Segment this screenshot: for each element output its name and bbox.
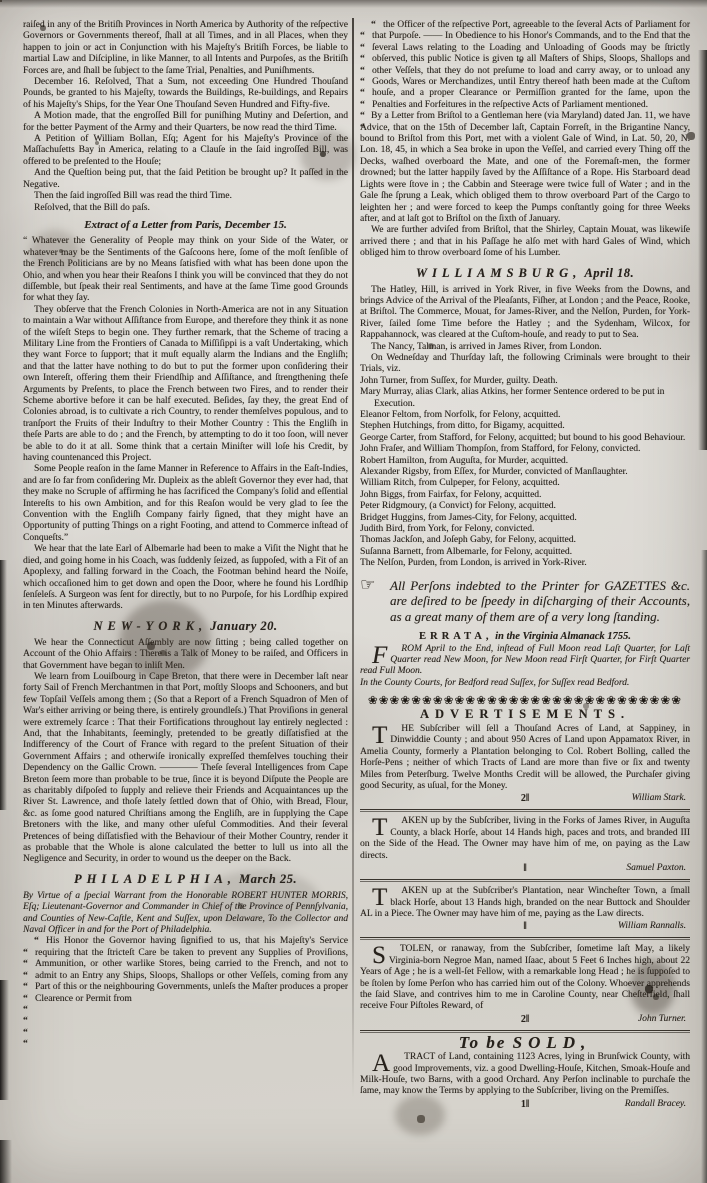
ad-text: HE Subſcriber will ſell a Thouſand Acres… <box>360 724 690 791</box>
errata-body: FROM April to the End, inſtead of Full M… <box>360 644 690 678</box>
errata-body-text: ROM April to the End, inſtead of Full Mo… <box>360 644 690 677</box>
trial-record: Thomas Jackſon, and Joſeph Gaby, for Fel… <box>360 535 690 546</box>
louisbourg-cape-breton-news: We learn from Louiſbourg in Cape Breton,… <box>23 672 348 866</box>
ad-text: TOLEN, or ranaway, from the Subſcriber, … <box>360 944 690 1011</box>
ad-taken-up-horse-paxton: TAKEN up by the Subſcriber, living in th… <box>360 816 690 876</box>
ad-text: AKEN up at the Subſcriber's Plantation, … <box>360 886 690 919</box>
ad-signature: Randall Bracey. <box>625 1099 686 1110</box>
paris-letter-paragraph-3: Some People reaſon in the ſame Manner in… <box>23 464 348 544</box>
trial-record: Judith Bird, from York, for Felony, conv… <box>360 524 690 535</box>
trial-record: Mary Murray, alias Clark, alias Atkins, … <box>360 387 690 410</box>
dateline-new-york: NEW-YORK, January 20. <box>23 619 348 634</box>
scan-edge-left <box>0 1140 12 1183</box>
paris-letter-heading: Extract of a Letter from Paris, December… <box>23 220 348 231</box>
newspaper-page: raiſed in any of the Britiſh Provinces i… <box>0 0 707 1183</box>
trial-record: Robert Hamilton, from Auguſta, for Murde… <box>360 456 690 467</box>
ad-text: AKEN up by the Subſcriber, living in the… <box>360 816 690 860</box>
scan-edge-right <box>701 550 707 1183</box>
ad-divider-rule <box>360 937 690 940</box>
florette-ornament-row: ❀❀❀❀❀❀❀❀❀❀❀❀❀❀❀❀❀❀❀❀❀❀❀❀❀❀❀❀❀ <box>360 695 690 706</box>
to-be-sold-prefix: To be <box>459 1033 513 1052</box>
ad-body: TAKEN up at the Subſcriber's Plantation,… <box>360 886 690 920</box>
printer-debts-notice: ☞All Perſons indebted to the Printer for… <box>360 578 690 625</box>
trial-record: Peter Ridgmoury, (a Convict) for Felony,… <box>360 501 690 512</box>
ad-divider-rule <box>360 809 690 812</box>
governor-warrant-preamble: By Virtue of a ſpecial Warrant from the … <box>23 891 348 937</box>
paris-letter-paragraph-1: “ Whatever the Generality of People may … <box>23 236 348 304</box>
errata-word: ERRATA, <box>419 631 492 642</box>
right-column: the Officer of the reſpective Port, agre… <box>360 20 690 1114</box>
ad-tract-of-land-bracey: ATRACT of Land, containing 1123 Acres, l… <box>360 1052 690 1112</box>
ad-footer: 2‖John Turner. <box>360 1014 690 1027</box>
ad-body: ATRACT of Land, containing 1123 Acres, l… <box>360 1052 690 1098</box>
dateline-date: March 25. <box>239 872 297 886</box>
dateline-williamsburg: WILLIAMSBURG, April 18. <box>360 266 690 281</box>
ad-footer: 1‖Randall Bracey. <box>360 1099 690 1112</box>
ad-stolen-runaway-turner: STOLEN, or ranaway, from the Subſcriber,… <box>360 944 690 1026</box>
ad-body: THE Subſcriber will ſell a Thouſand Acre… <box>360 724 690 792</box>
ad-taken-up-horse-rannalls: TAKEN up at the Subſcriber's Plantation,… <box>360 886 690 934</box>
criminal-trials-intro: On Wedneſday and Thurſday laſt, the foll… <box>360 353 690 376</box>
ad-divider-rule <box>360 879 690 882</box>
ad-dropcap: T <box>360 886 390 908</box>
paris-letter-paragraph-2: They obſerve that the French Colonies in… <box>23 305 348 465</box>
trial-record: Alexander Rigsby, from Eſſex, for Murder… <box>360 467 690 478</box>
dateline-city: PHILADELPHIA, <box>74 872 236 886</box>
trial-record: William Ritch, from Culpeper, for Felony… <box>360 478 690 489</box>
trial-record: Suſanna Barnett, from Albemarle, for Fel… <box>360 547 690 558</box>
shirley-arrival-news: We are further adviſed from Briſtol, tha… <box>360 225 690 259</box>
dateline-city: WILLIAMSBURG, <box>416 266 581 280</box>
scan-edge-left <box>0 560 7 810</box>
parliament-news-continuation: raiſed in any of the Britiſh Provinces i… <box>23 20 348 77</box>
question-negative: And the Queſtion being put, that the ſai… <box>23 168 348 191</box>
ad-dropcap: T <box>360 816 390 838</box>
left-column: raiſed in any of the Britiſh Provinces i… <box>23 20 348 1005</box>
ad-footer: ‖Samuel Paxton. <box>360 863 690 876</box>
bill-passed: Reſolved, that the Bill do paſs. <box>23 203 348 214</box>
trial-record: John Fraſer, and William Thompſon, from … <box>360 444 690 455</box>
dateline-philadelphia: PHILADELPHIA, March 25. <box>23 872 348 887</box>
bristol-letter-news: By a Letter from Briſtol to a Gentleman … <box>360 111 690 225</box>
trial-record: Eleanor Feltom, from Norfolk, for Felony… <box>360 410 690 421</box>
ad-dropcap: S <box>360 944 389 966</box>
dateline-city: NEW-YORK, <box>93 619 207 633</box>
column-divider-rule <box>352 18 354 1098</box>
hatley-shipping-news: The Hatley, Hill, is arrived in York Riv… <box>360 285 690 342</box>
ad-body: TAKEN up by the Subſcriber, living in th… <box>360 816 690 862</box>
bill-third-reading: Then the ſaid ingroſſed Bill was read th… <box>23 191 348 202</box>
ink-specks <box>0 0 2 2</box>
trial-record: Bridget Huggins, from James-City, for Fe… <box>360 513 690 524</box>
scan-edge-right <box>698 50 707 450</box>
petition-william-bollan: A Petition of William Bollan, Eſq; Agent… <box>23 134 348 168</box>
printer-debts-notice-text: All Perſons indebted to the Printer for … <box>390 578 690 624</box>
governor-order-quotation: His Honor the Governor having ſignified … <box>23 936 348 1004</box>
ad-text: TRACT of Land, containing 1123 Acres, ly… <box>360 1052 690 1096</box>
errata-heading: ERRATA, in the Virginia Almanack 1755. <box>360 631 690 642</box>
scan-edge-left <box>0 980 9 1100</box>
nelson-arrival-news: The Nelſon, Purden, from London, is arri… <box>360 558 690 569</box>
ad-signature: John Turner. <box>638 1014 686 1025</box>
errata-dropcap: F <box>360 644 390 666</box>
trial-record: John Biggs, from Fairfax, for Felony, ac… <box>360 490 690 501</box>
ad-signature: William Rannalls. <box>618 921 686 932</box>
earl-of-albemarle-death: We hear that the late Earl of Albemarle … <box>23 544 348 612</box>
customs-notice-quotation: the Officer of the reſpective Port, agre… <box>360 20 690 111</box>
ad-signature: William Stark. <box>632 793 686 804</box>
to-be-sold-heading: To be SOLD, <box>360 1037 690 1048</box>
ad-footer: 2‖William Stark. <box>360 793 690 806</box>
ad-dropcap: T <box>360 724 390 746</box>
dateline-date: April 18. <box>584 266 634 280</box>
resolution-december-16: December 16. Reſolved, That a Sum, not e… <box>23 77 348 111</box>
manicule-icon: ☞ <box>360 578 375 593</box>
trial-record: John Turner, from Suſſex, for Murder, gu… <box>360 376 690 387</box>
advertisements-heading: ADVERTISEMENTS. <box>360 709 690 720</box>
errata-subtitle: in the Virginia Almanack 1755. <box>492 631 630 642</box>
ad-dropcap: A <box>360 1052 393 1074</box>
errata-county-courts-line: In the County Courts, for Bedford read S… <box>360 678 690 689</box>
to-be-sold-word: SOLD, <box>513 1033 592 1052</box>
trial-record: Stephen Hutchings, from ditto, for Bigam… <box>360 421 690 432</box>
ad-body: STOLEN, or ranaway, from the Subſcriber,… <box>360 944 690 1012</box>
ad-signature: Samuel Paxton. <box>626 863 686 874</box>
connecticut-assembly-news: We hear the Connecticut Aſſembly are now… <box>23 638 348 672</box>
nancy-arrival-news: The Nancy, Talman, is arrived in James R… <box>360 342 690 353</box>
ad-footer: ‖William Rannalls. <box>360 921 690 934</box>
ad-land-sale-stark: THE Subſcriber will ſell a Thouſand Acre… <box>360 724 690 806</box>
dateline-date: January 20. <box>210 619 277 633</box>
motion-mutiny-bill: A Motion made, that the engroſſed Bill f… <box>23 111 348 134</box>
trial-record: George Carter, from Stafford, for Felony… <box>360 433 690 444</box>
scan-edge-top <box>0 0 707 8</box>
